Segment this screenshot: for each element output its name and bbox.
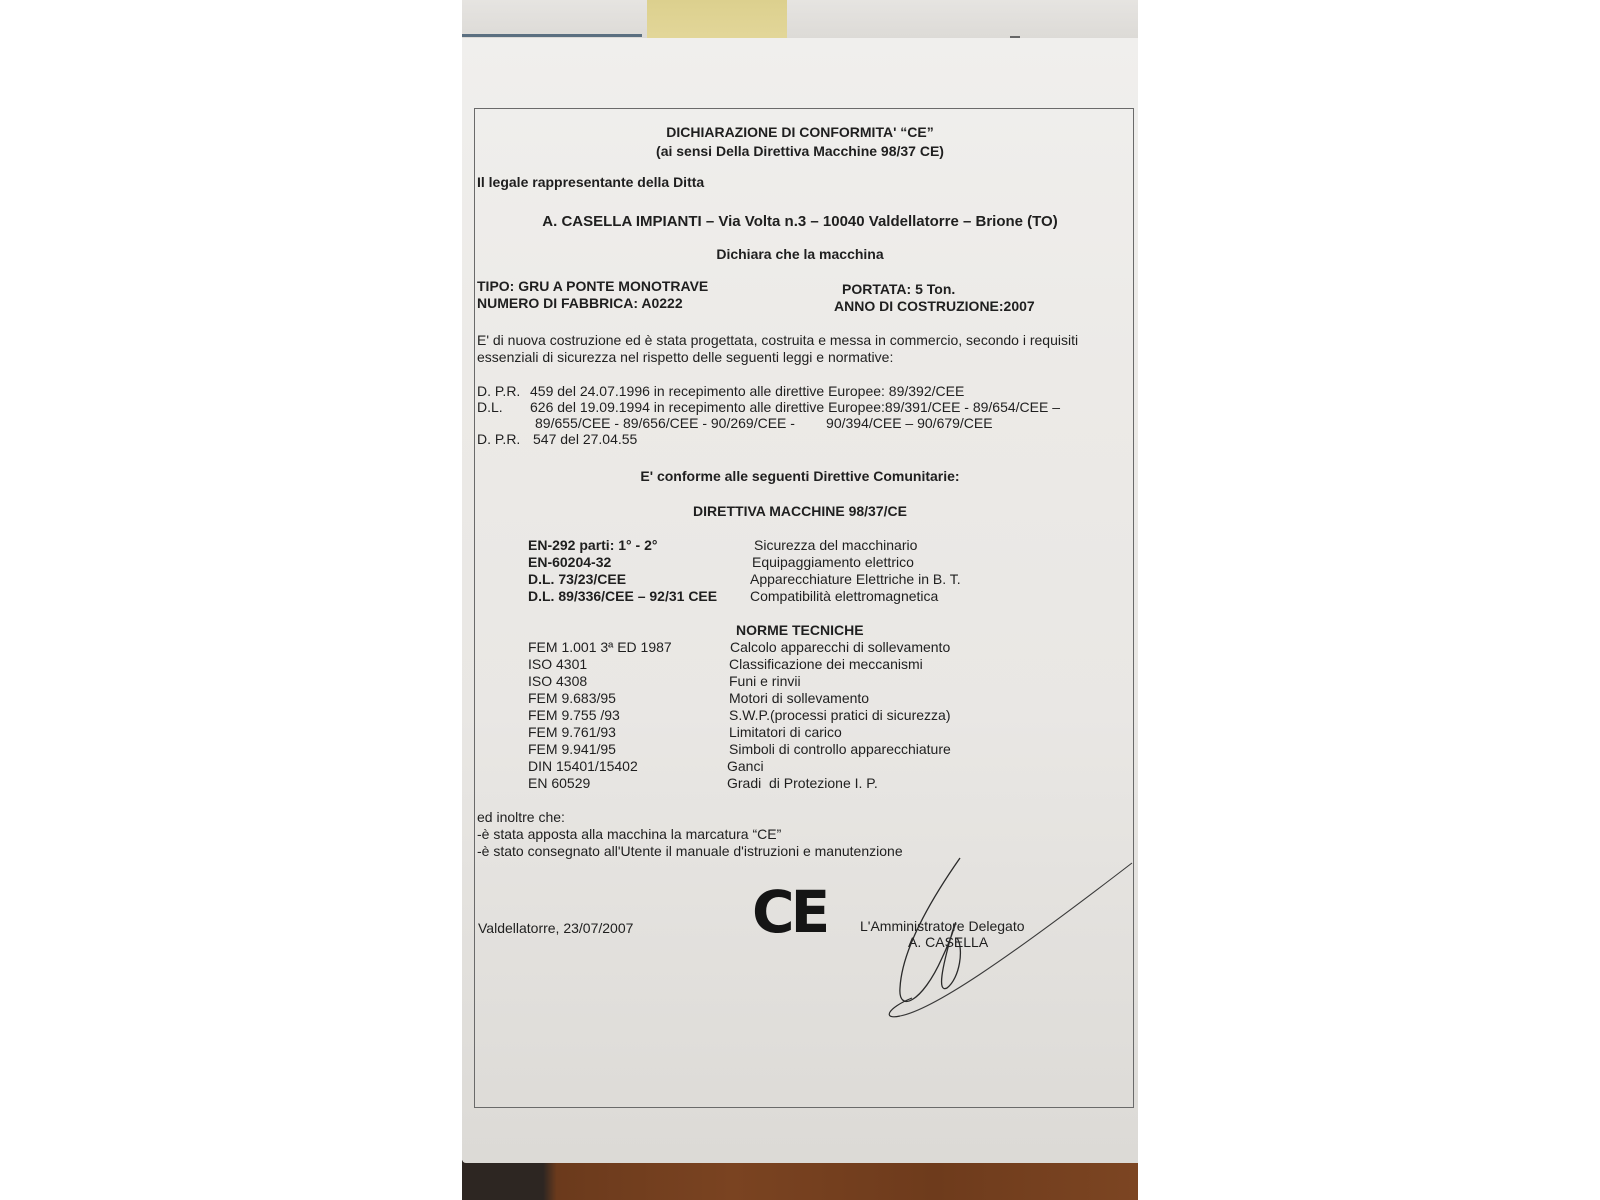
serial-number: NUMERO DI FABBRICA: A0222	[477, 295, 683, 312]
norme-heading: NORME TECNICHE	[736, 622, 864, 639]
company-name: A. CASELLA IMPIANTI – Via Volta n.3 – 10…	[462, 213, 1138, 230]
conforme-heading: E' conforme alle seguenti Direttive Comu…	[462, 468, 1138, 485]
norma-desc: Limitatori di carico	[729, 724, 842, 741]
directive-code: D.L. 89/336/CEE – 92/31 CEE	[528, 588, 717, 605]
directive-heading: DIRETTIVA MACCHINE 98/37/CE	[462, 503, 1138, 520]
directive-code: EN-292 parti: 1° - 2°	[528, 537, 657, 554]
norma-desc: Calcolo apparecchi di sollevamento	[730, 639, 950, 656]
also-item: -è stata apposta alla macchina la marcat…	[477, 826, 781, 843]
law-text: 626 del 19.09.1994 in recepimento alle d…	[530, 399, 1060, 416]
capacity: PORTATA: 5 Ton.	[842, 281, 955, 298]
norma-code: ISO 4301	[528, 656, 587, 673]
also-item: -è stato consegnato all'Utente il manual…	[477, 843, 903, 860]
ce-mark-icon: CE	[752, 878, 826, 946]
machine-type: TIPO: GRU A PONTE MONOTRAVE	[477, 278, 708, 295]
norma-code: EN 60529	[528, 775, 590, 792]
norma-desc: Ganci	[727, 758, 764, 775]
document-title: DICHIARAZIONE DI CONFORMITA' “CE”	[462, 124, 1138, 141]
construction-year: ANNO DI COSTRUZIONE:2007	[834, 298, 1035, 315]
document-photo: DICHIARAZIONE DI CONFORMITA' “CE” (ai se…	[462, 0, 1138, 1200]
statement-line-1: E' di nuova costruzione ed è stata proge…	[477, 332, 1078, 349]
directive-desc: Sicurezza del macchinario	[754, 537, 917, 554]
directive-code: EN-60204-32	[528, 554, 611, 571]
norma-code: FEM 9.941/95	[528, 741, 616, 758]
law-text: 547 del 27.04.55	[533, 431, 637, 448]
law-text: 459 del 24.07.1996 in recepimento alle d…	[530, 383, 964, 400]
directive-code: D.L. 73/23/CEE	[528, 571, 626, 588]
norma-desc: Classificazione dei meccanismi	[729, 656, 923, 673]
norma-code: FEM 1.001 3ª ED 1987	[528, 639, 672, 656]
place-date: Valdellatorre, 23/07/2007	[478, 920, 633, 937]
wooden-table	[462, 1160, 1138, 1200]
law-label: D. P.R.	[477, 383, 520, 400]
law-text: 89/655/CEE - 89/656/CEE - 90/269/CEE - 9…	[535, 415, 993, 432]
also-heading: ed inoltre che:	[477, 809, 565, 826]
declaration-sheet: DICHIARAZIONE DI CONFORMITA' “CE” (ai se…	[462, 38, 1138, 1163]
document-subtitle: (ai sensi Della Direttiva Macchine 98/37…	[462, 143, 1138, 160]
norma-desc: Motori di sollevamento	[729, 690, 869, 707]
statement-line-2: essenziali di sicurezza nel rispetto del…	[477, 349, 893, 366]
norma-desc: Gradi di Protezione I. P.	[727, 775, 878, 792]
law-label: D. P.R.	[477, 431, 520, 448]
intro-text: Il legale rappresentante della Ditta	[477, 174, 704, 191]
declares-text: Dichiara che la macchina	[462, 246, 1138, 263]
sticky-note	[647, 0, 787, 42]
directive-desc: Apparecchiature Elettriche in B. T.	[750, 571, 961, 588]
directive-desc: Equipaggiamento elettrico	[752, 554, 914, 571]
norma-desc: S.W.P.(processi pratici di sicurezza)	[729, 707, 950, 724]
norma-code: FEM 9.755 /93	[528, 707, 620, 724]
folder-edge	[462, 34, 642, 37]
norma-code: DIN 15401/15402	[528, 758, 638, 775]
norma-code: FEM 9.761/93	[528, 724, 616, 741]
norma-code: FEM 9.683/95	[528, 690, 616, 707]
law-label: D.L.	[477, 399, 503, 416]
norma-code: ISO 4308	[528, 673, 587, 690]
signature-icon	[842, 838, 1138, 1038]
directive-desc: Compatibilità elettromagnetica	[750, 588, 938, 605]
norma-desc: Simboli di controllo apparecchiature	[729, 741, 951, 758]
norma-desc: Funi e rinvii	[729, 673, 801, 690]
